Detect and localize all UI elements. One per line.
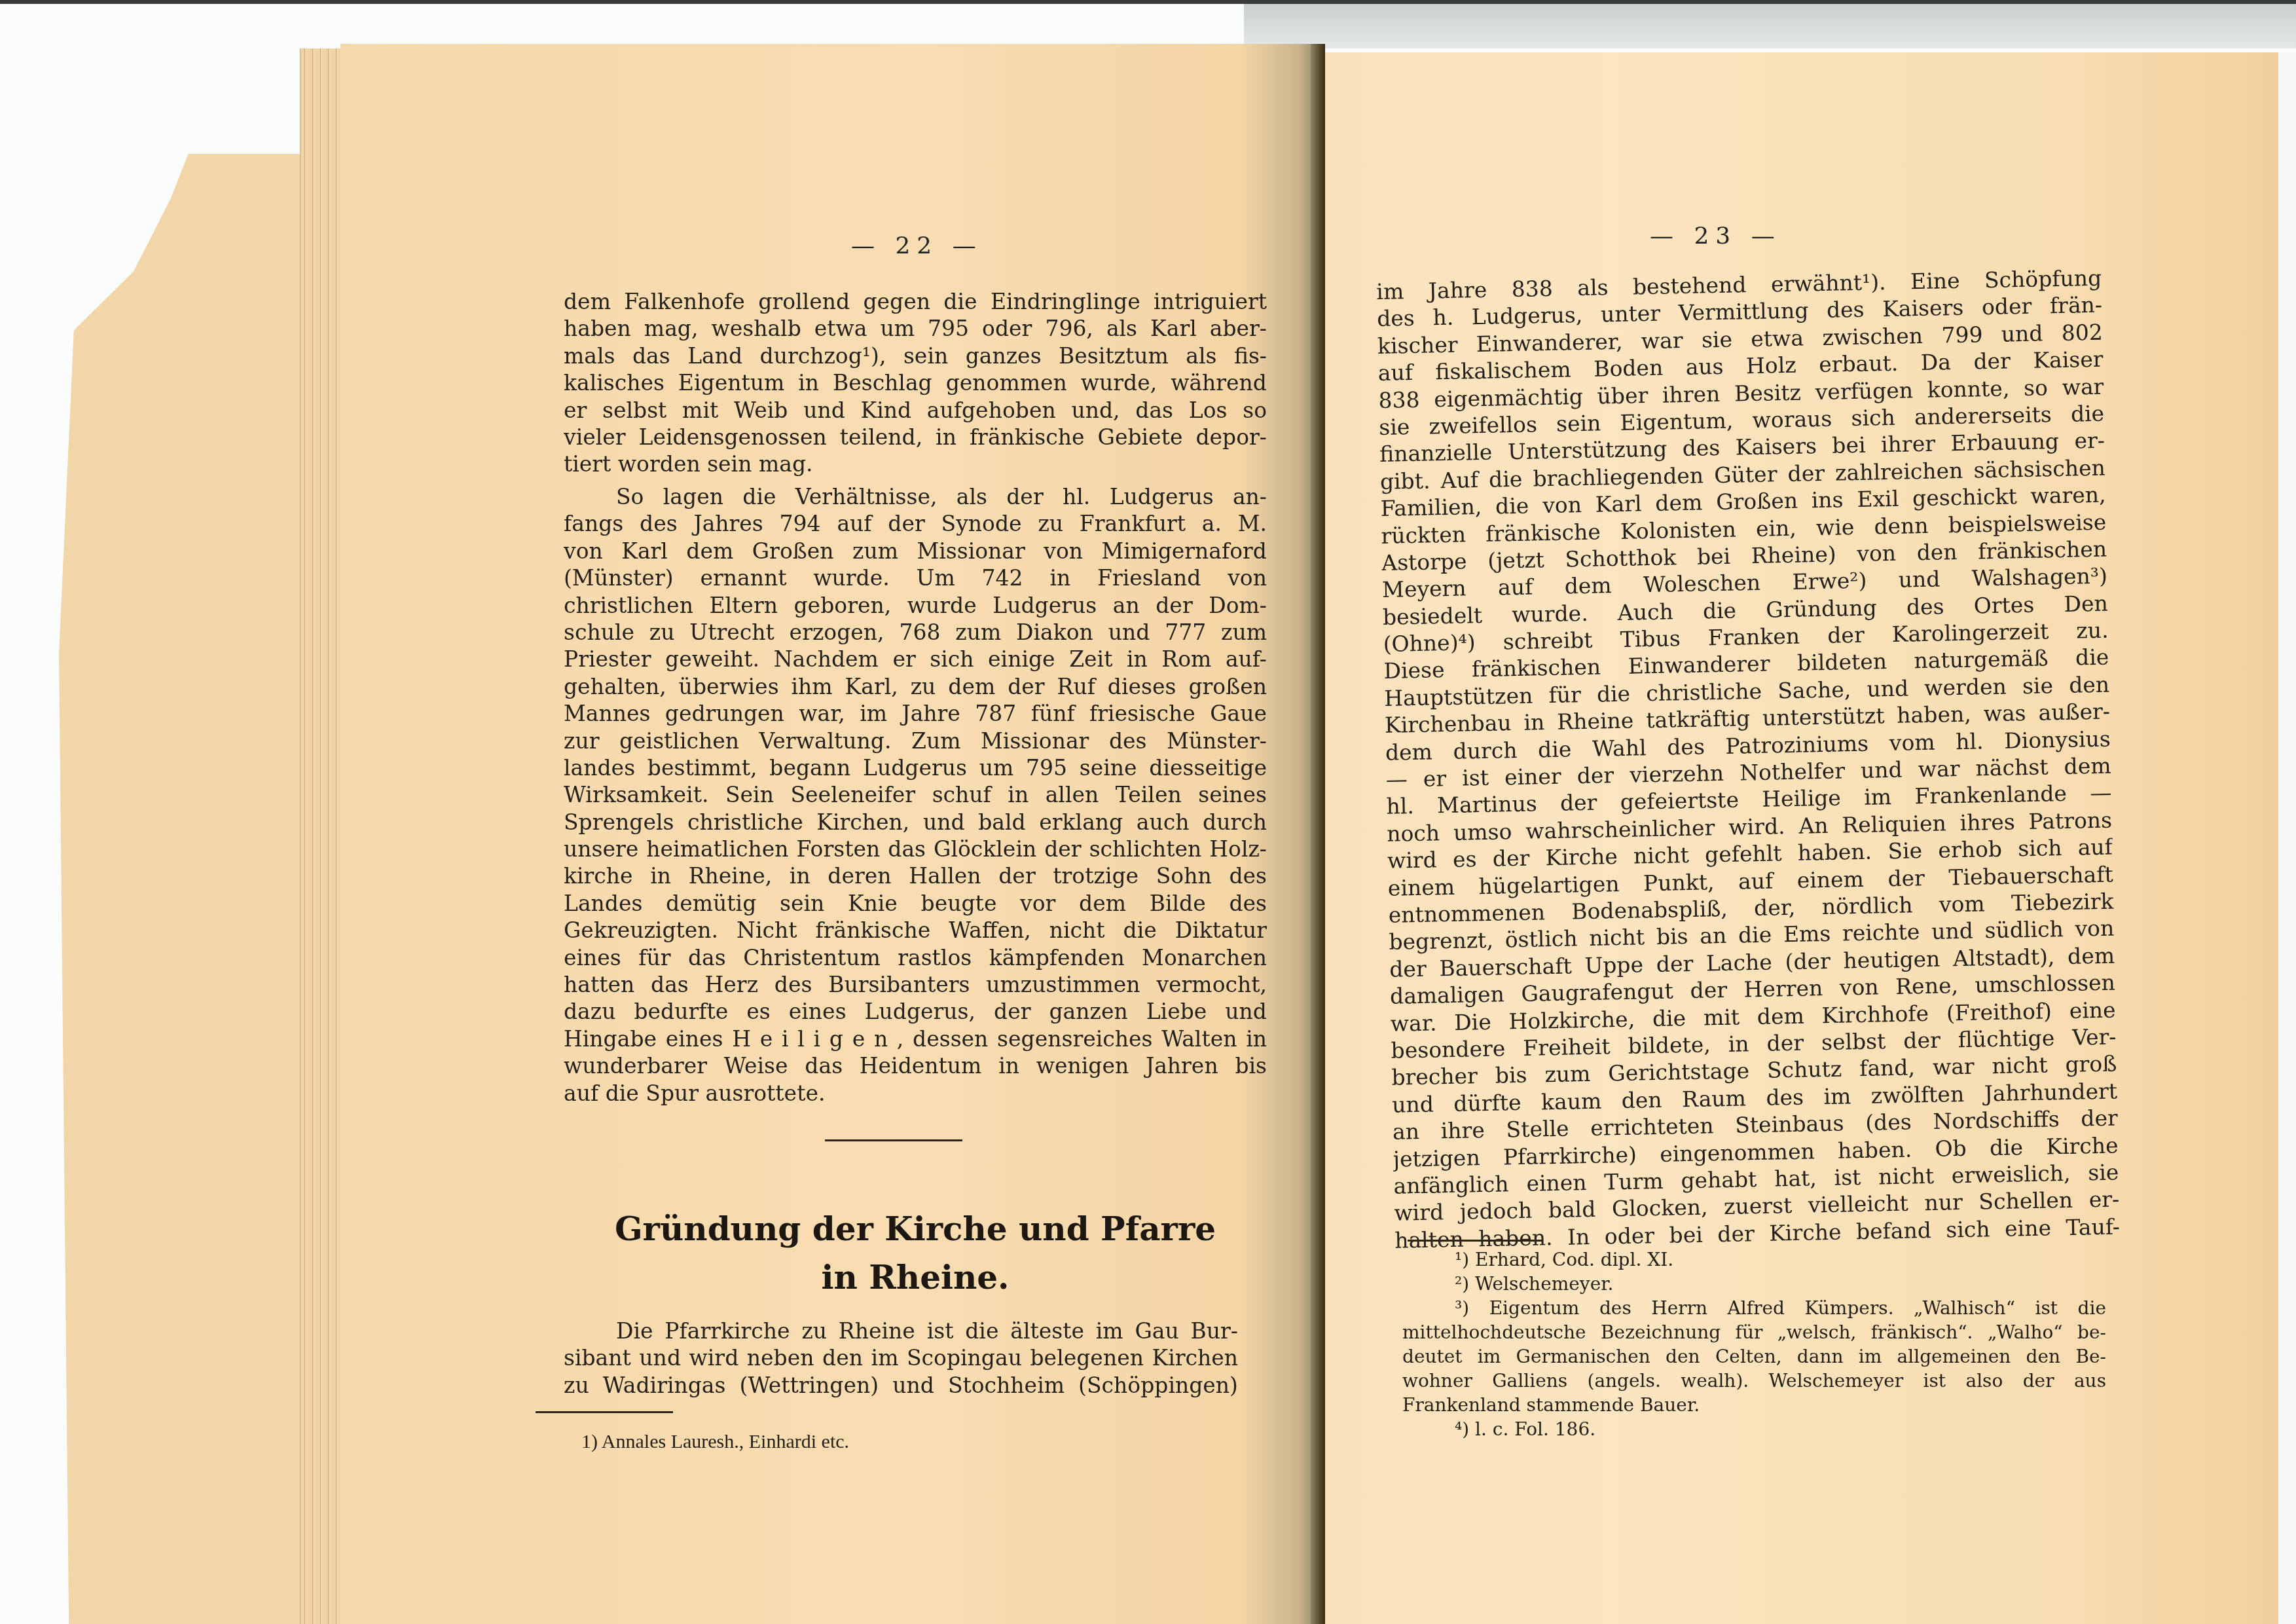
footnote-right-1: ¹) Erhard, Cod. dipl. XI.	[1402, 1247, 2106, 1272]
text-line: mals das Land durchzog¹), sein ganzes Be…	[564, 342, 1267, 369]
text-line: zur geistlichen Verwaltung. Zum Missiona…	[564, 728, 1267, 754]
text-line: tiert worden sein mag.	[564, 451, 1267, 477]
text-line: Priester geweiht. Nachdem er sich einige…	[564, 646, 1267, 673]
torn-page-flap	[59, 154, 308, 1624]
text-line: kirche in Rheine, in deren Hallen der tr…	[564, 862, 1267, 889]
footnote-right-3-line: wohner Galliens (angels. wealh). Welsche…	[1402, 1369, 2106, 1393]
text-line: Wirksamkeit. Sein Seeleneifer schuf in a…	[564, 781, 1267, 808]
scanner-shadow	[1244, 4, 2296, 48]
text-line: schule zu Utrecht erzogen, 768 zum Diako…	[564, 619, 1267, 646]
text-line: auf die Spur ausrottete.	[564, 1080, 1267, 1107]
footnote-divider-right	[1408, 1240, 1542, 1242]
text-line: dazu bedurfte es eines Ludgerus, der gan…	[564, 998, 1267, 1025]
text-line: vieler Leidensgenossen teilend, in fränk…	[564, 424, 1267, 451]
footnote-text: Annales Lauresh., Einhardi etc.	[602, 1431, 849, 1452]
text-line: haben mag, weshalb etwa um 795 oder 796,…	[564, 315, 1267, 342]
text-line: Sprengels christliche Kirchen, und bald …	[564, 809, 1267, 836]
text-line: (Münster) ernannt wurde. Um 742 in Fries…	[564, 564, 1267, 591]
page-number-right: — 23 —	[1650, 223, 1781, 249]
text-line: Die Pfarrkirche zu Rheine ist die ältest…	[564, 1318, 1238, 1344]
section-heading-line-1: Gründung der Kirche und Pfarre	[564, 1205, 1267, 1253]
footnote-left-1: 1) Annales Lauresh., Einhardi etc.	[581, 1431, 849, 1453]
footnote-right-3-line: Frankenland stammende Bauer.	[1402, 1393, 2106, 1417]
text-line: sibant und wird neben den im Scopingau b…	[564, 1344, 1238, 1371]
text-line: fangs des Jahres 794 auf der Synode zu F…	[564, 510, 1267, 537]
text-line: dem Falkenhofe grollend gegen die Eindri…	[564, 288, 1267, 315]
page-number-left: — 22 —	[851, 232, 983, 259]
text-line: er selbst mit Weib und Kind aufgehoben u…	[564, 397, 1267, 424]
text-line: wunderbarer Weise das Heidentum in wenig…	[564, 1052, 1267, 1079]
footnote-divider-left	[536, 1411, 673, 1413]
section-heading-line-2: in Rheine.	[564, 1253, 1267, 1302]
footnote-right-4: ⁴) l. c. Fol. 186.	[1402, 1417, 2106, 1441]
text-line: hatten das Herz des Bursibanters umzusti…	[564, 971, 1267, 998]
text-line: landes bestimmt, begann Ludgerus um 795 …	[564, 754, 1267, 781]
footnote-right-3-line: deutet im Germanischen den Celten, dann …	[1402, 1344, 2106, 1369]
text-line: zu Wadiringas (Wettringen) und Stochheim…	[564, 1372, 1238, 1399]
right-text-block: im Jahre 838 als bestehend erwähnt¹). Ei…	[1376, 265, 2120, 1254]
page-stack-edge	[300, 48, 346, 1624]
footnote-right-2: ²) Welschemeyer.	[1402, 1272, 2106, 1296]
right-paragraph-1: im Jahre 838 als bestehend erwähnt¹). Ei…	[1376, 265, 2120, 1254]
right-footnotes: ¹) Erhard, Cod. dipl. XI. ²) Welschemeye…	[1402, 1247, 2106, 1441]
text-line: von Karl dem Großen zum Missionar von Mi…	[564, 538, 1267, 564]
footnote-marker: 1)	[581, 1431, 598, 1452]
text-line: christlichen Eltern geboren, wurde Ludge…	[564, 592, 1267, 619]
book-gutter	[1311, 44, 1325, 1624]
footnote-right-3-line: ³) Eigentum des Herrn Alfred Kümpers. „W…	[1402, 1296, 2106, 1320]
footnote-right-3-line: mittelhochdeutsche Bezeichnung für „wels…	[1402, 1320, 2106, 1344]
text-line: Landes demütig sein Knie beugte vor dem …	[564, 890, 1267, 917]
text-line: eines für das Christentum rastlos kämpfe…	[564, 944, 1267, 971]
text-line: gehalten, überwies ihm Karl, zu dem der …	[564, 673, 1267, 700]
left-paragraph-3: Die Pfarrkirche zu Rheine ist die ältest…	[564, 1318, 1238, 1399]
section-divider	[825, 1139, 962, 1141]
left-paragraph-2: So lagen die Verhältnisse, als der hl. L…	[564, 483, 1267, 1107]
text-line: Gekreuzigten. Nicht fränkische Waffen, n…	[564, 917, 1267, 944]
text-line: unsere heimatlichen Forsten das Glöcklei…	[564, 836, 1267, 862]
text-line: So lagen die Verhältnisse, als der hl. L…	[564, 483, 1267, 510]
text-line: Mannes gedrungen war, im Jahre 787 fünf …	[564, 700, 1267, 727]
scan-background	[2278, 52, 2296, 1624]
text-line: Hingabe eines H e i l i g e n , dessen s…	[564, 1025, 1267, 1052]
section-heading: Gründung der Kirche und Pfarre in Rheine…	[564, 1205, 1267, 1302]
left-paragraph-1: dem Falkenhofe grollend gegen die Eindri…	[564, 288, 1267, 478]
text-line: kalisches Eigentum in Beschlag genommen …	[564, 369, 1267, 396]
